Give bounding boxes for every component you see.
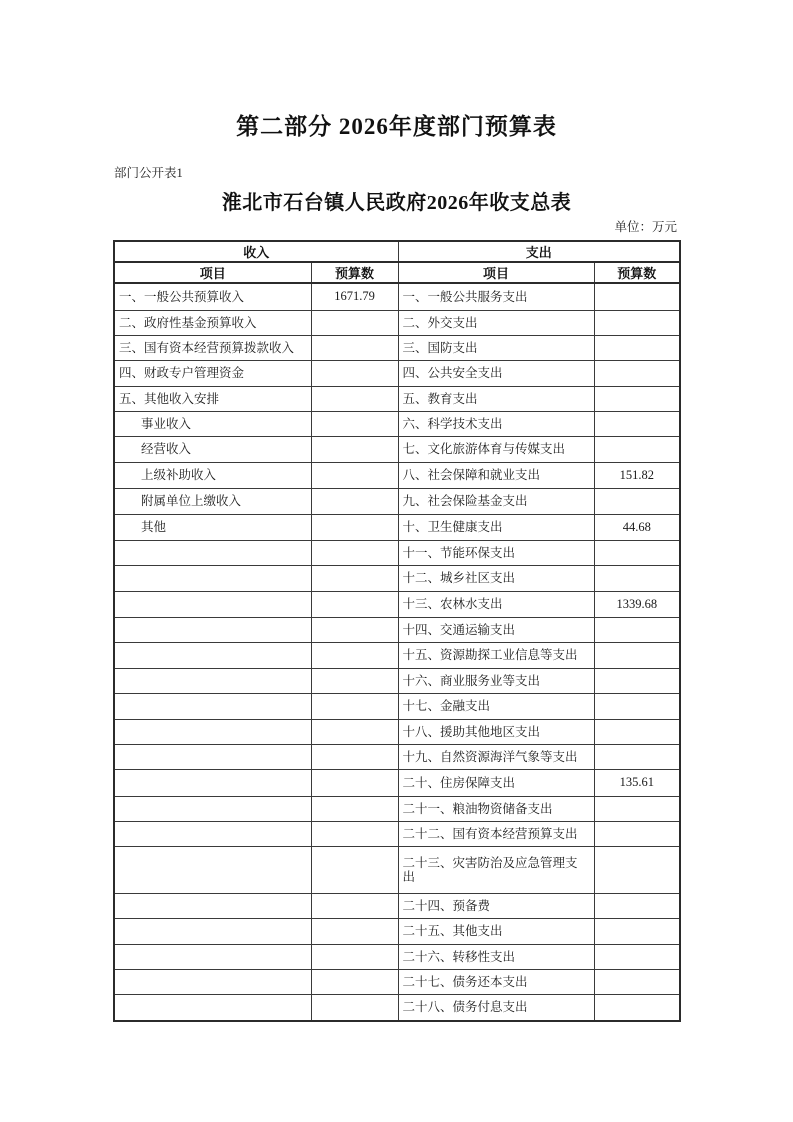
- expense-item-cell: 三、国防支出: [398, 335, 594, 360]
- income-item-cell: 附属单位上缴收入: [114, 489, 311, 514]
- expense-value-cell: [594, 566, 680, 591]
- income-item-cell: [114, 821, 311, 846]
- income-value-cell: [311, 591, 398, 617]
- table-row: 三、国有资本经营预算拨款收入三、国防支出: [114, 335, 680, 360]
- income-section-header: 收入: [114, 241, 398, 262]
- income-value-cell: [311, 386, 398, 411]
- table-row: 十七、金融支出: [114, 694, 680, 719]
- income-item-cell: [114, 969, 311, 994]
- income-value-cell: [311, 944, 398, 969]
- table-row: 十八、援助其他地区支出: [114, 719, 680, 744]
- income-item-cell: [114, 770, 311, 796]
- expense-item-cell: 七、文化旅游体育与传媒支出: [398, 437, 594, 462]
- income-item-cell: [114, 591, 311, 617]
- income-value-cell: [311, 668, 398, 693]
- expense-item-cell: 五、教育支出: [398, 386, 594, 411]
- expense-value-cell: [594, 310, 680, 335]
- expense-value-cell: [594, 944, 680, 969]
- table-row: 二十七、债务还本支出: [114, 969, 680, 994]
- income-item-cell: 二、政府性基金预算收入: [114, 310, 311, 335]
- table-row: 二十二、国有资本经营预算支出: [114, 821, 680, 846]
- income-value-cell: [311, 566, 398, 591]
- income-value-cell: [311, 694, 398, 719]
- expense-item-cell: 二十五、其他支出: [398, 919, 594, 944]
- expense-value-cell: [594, 335, 680, 360]
- income-item-cell: [114, 540, 311, 565]
- income-value-cell: [311, 489, 398, 514]
- table-row: 十二、城乡社区支出: [114, 566, 680, 591]
- budget-table-body: 一、一般公共预算收入1671.79一、一般公共服务支出二、政府性基金预算收入二、…: [114, 283, 680, 1021]
- expense-value-cell: [594, 719, 680, 744]
- table-row: 十一、节能环保支出: [114, 540, 680, 565]
- income-value-cell: [311, 969, 398, 994]
- table-row: 十六、商业服务业等支出: [114, 668, 680, 693]
- expense-value-cell: [594, 668, 680, 693]
- expense-item-cell: 四、公共安全支出: [398, 361, 594, 386]
- column-header-row: 项目 预算数 项目 预算数: [114, 262, 680, 283]
- income-item-cell: [114, 995, 311, 1021]
- income-item-cell: [114, 893, 311, 918]
- expense-item-cell: 二十四、预备费: [398, 893, 594, 918]
- income-item-cell: [114, 719, 311, 744]
- income-value-cell: [311, 643, 398, 668]
- income-value-cell: [311, 361, 398, 386]
- income-value-cell: [311, 796, 398, 821]
- table-row: 事业收入六、科学技术支出: [114, 412, 680, 437]
- expense-value-cell: [594, 361, 680, 386]
- income-value-cell: [311, 847, 398, 893]
- table-row: 二十八、债务付息支出: [114, 995, 680, 1021]
- expense-item-cell: 十六、商业服务业等支出: [398, 668, 594, 693]
- expense-value-cell: [594, 437, 680, 462]
- expense-item-column-header: 项目: [398, 262, 594, 283]
- expense-value-cell: [594, 386, 680, 411]
- income-item-cell: [114, 847, 311, 893]
- income-item-cell: 其他: [114, 514, 311, 540]
- table-label: 部门公开表1: [114, 163, 183, 181]
- income-value-cell: [311, 335, 398, 360]
- income-value-cell: [311, 412, 398, 437]
- expense-value-cell: [594, 893, 680, 918]
- table-row: 二十、住房保障支出135.61: [114, 770, 680, 796]
- expense-value-cell: [594, 847, 680, 893]
- income-item-cell: [114, 617, 311, 642]
- expense-value-cell: [594, 643, 680, 668]
- expense-value-cell: [594, 919, 680, 944]
- table-row: 十四、交通运输支出: [114, 617, 680, 642]
- expense-item-cell: 二十一、粮油物资储备支出: [398, 796, 594, 821]
- income-item-cell: [114, 796, 311, 821]
- income-value-cell: [311, 719, 398, 744]
- expense-item-cell: 二十七、债务还本支出: [398, 969, 594, 994]
- income-item-cell: [114, 694, 311, 719]
- income-item-cell: [114, 744, 311, 769]
- table-row: 十五、资源勘探工业信息等支出: [114, 643, 680, 668]
- income-value-cell: [311, 437, 398, 462]
- income-item-cell: 五、其他收入安排: [114, 386, 311, 411]
- table-row: 上级补助收入八、社会保障和就业支出151.82: [114, 462, 680, 488]
- expense-value-cell: 1339.68: [594, 591, 680, 617]
- income-item-column-header: 项目: [114, 262, 311, 283]
- table-row: 附属单位上缴收入九、社会保险基金支出: [114, 489, 680, 514]
- income-value-cell: [311, 617, 398, 642]
- expense-value-cell: 135.61: [594, 770, 680, 796]
- table-row: 经营收入七、文化旅游体育与传媒支出: [114, 437, 680, 462]
- expense-item-cell: 十五、资源勘探工业信息等支出: [398, 643, 594, 668]
- income-value-cell: [311, 744, 398, 769]
- document-section-title: 第二部分 2026年度部门预算表: [0, 108, 793, 141]
- expense-value-cell: 44.68: [594, 514, 680, 540]
- expense-value-cell: [594, 694, 680, 719]
- expense-item-cell: 九、社会保险基金支出: [398, 489, 594, 514]
- section-header-row: 收入 支出: [114, 241, 680, 262]
- table-row: 一、一般公共预算收入1671.79一、一般公共服务支出: [114, 283, 680, 310]
- expense-item-cell: 十四、交通运输支出: [398, 617, 594, 642]
- expense-value-cell: [594, 744, 680, 769]
- expense-value-cell: [594, 412, 680, 437]
- expense-value-cell: [594, 540, 680, 565]
- expense-item-cell: 二十、住房保障支出: [398, 770, 594, 796]
- budget-table-header: 收入 支出 项目 预算数 项目 预算数: [114, 241, 680, 283]
- expense-item-cell: 十一、节能环保支出: [398, 540, 594, 565]
- table-row: 二十三、灾害防治及应急管理支出: [114, 847, 680, 893]
- table-row: 十三、农林水支出1339.68: [114, 591, 680, 617]
- expense-item-cell: 十九、自然资源海洋气象等支出: [398, 744, 594, 769]
- income-value-cell: [311, 770, 398, 796]
- income-value-cell: [311, 462, 398, 488]
- income-item-cell: 一、一般公共预算收入: [114, 283, 311, 310]
- income-value-cell: [311, 310, 398, 335]
- expense-item-cell: 二、外交支出: [398, 310, 594, 335]
- expense-value-cell: [594, 796, 680, 821]
- income-value-cell: 1671.79: [311, 283, 398, 310]
- expense-item-cell: 二十八、债务付息支出: [398, 995, 594, 1021]
- income-item-cell: [114, 944, 311, 969]
- document-page: 第二部分 2026年度部门预算表 部门公开表1 淮北市石台镇人民政府2026年收…: [0, 0, 793, 1122]
- expense-item-cell: 十八、援助其他地区支出: [398, 719, 594, 744]
- expense-value-cell: [594, 821, 680, 846]
- income-item-cell: 三、国有资本经营预算拨款收入: [114, 335, 311, 360]
- income-value-cell: [311, 995, 398, 1021]
- income-item-cell: [114, 668, 311, 693]
- expense-item-cell: 八、社会保障和就业支出: [398, 462, 594, 488]
- table-row: 五、其他收入安排五、教育支出: [114, 386, 680, 411]
- income-value-cell: [311, 514, 398, 540]
- expense-item-cell: 二十二、国有资本经营预算支出: [398, 821, 594, 846]
- income-item-cell: [114, 919, 311, 944]
- expense-value-cell: [594, 995, 680, 1021]
- expense-item-cell: 六、科学技术支出: [398, 412, 594, 437]
- table-row: 二十四、预备费: [114, 893, 680, 918]
- expense-value-cell: 151.82: [594, 462, 680, 488]
- expense-item-cell: 十三、农林水支出: [398, 591, 594, 617]
- table-row: 十九、自然资源海洋气象等支出: [114, 744, 680, 769]
- table-row: 二、政府性基金预算收入二、外交支出: [114, 310, 680, 335]
- expense-item-cell: 十七、金融支出: [398, 694, 594, 719]
- income-item-cell: 经营收入: [114, 437, 311, 462]
- expense-item-cell: 二十六、转移性支出: [398, 944, 594, 969]
- table-title: 淮北市石台镇人民政府2026年收支总表: [0, 186, 793, 215]
- income-value-cell: [311, 893, 398, 918]
- table-row: 二十一、粮油物资储备支出: [114, 796, 680, 821]
- expense-item-cell: 二十三、灾害防治及应急管理支出: [398, 847, 594, 893]
- income-value-cell: [311, 540, 398, 565]
- budget-table: 收入 支出 项目 预算数 项目 预算数 一、一般公共预算收入1671.79一、一…: [113, 240, 681, 1022]
- table-row: 二十六、转移性支出: [114, 944, 680, 969]
- income-item-cell: [114, 643, 311, 668]
- table-row: 二十五、其他支出: [114, 919, 680, 944]
- income-budget-column-header: 预算数: [311, 262, 398, 283]
- expense-value-cell: [594, 283, 680, 310]
- table-row: 其他十、卫生健康支出44.68: [114, 514, 680, 540]
- expense-item-cell: 十二、城乡社区支出: [398, 566, 594, 591]
- income-item-cell: [114, 566, 311, 591]
- income-item-cell: 上级补助收入: [114, 462, 311, 488]
- expense-item-cell: 十、卫生健康支出: [398, 514, 594, 540]
- unit-label: 单位：万元: [113, 217, 677, 235]
- expense-budget-column-header: 预算数: [594, 262, 680, 283]
- income-value-cell: [311, 821, 398, 846]
- expense-section-header: 支出: [398, 241, 680, 262]
- expense-value-cell: [594, 969, 680, 994]
- table-row: 四、财政专户管理资金四、公共安全支出: [114, 361, 680, 386]
- income-value-cell: [311, 919, 398, 944]
- income-item-cell: 四、财政专户管理资金: [114, 361, 311, 386]
- expense-value-cell: [594, 489, 680, 514]
- expense-value-cell: [594, 617, 680, 642]
- income-item-cell: 事业收入: [114, 412, 311, 437]
- expense-item-cell: 一、一般公共服务支出: [398, 283, 594, 310]
